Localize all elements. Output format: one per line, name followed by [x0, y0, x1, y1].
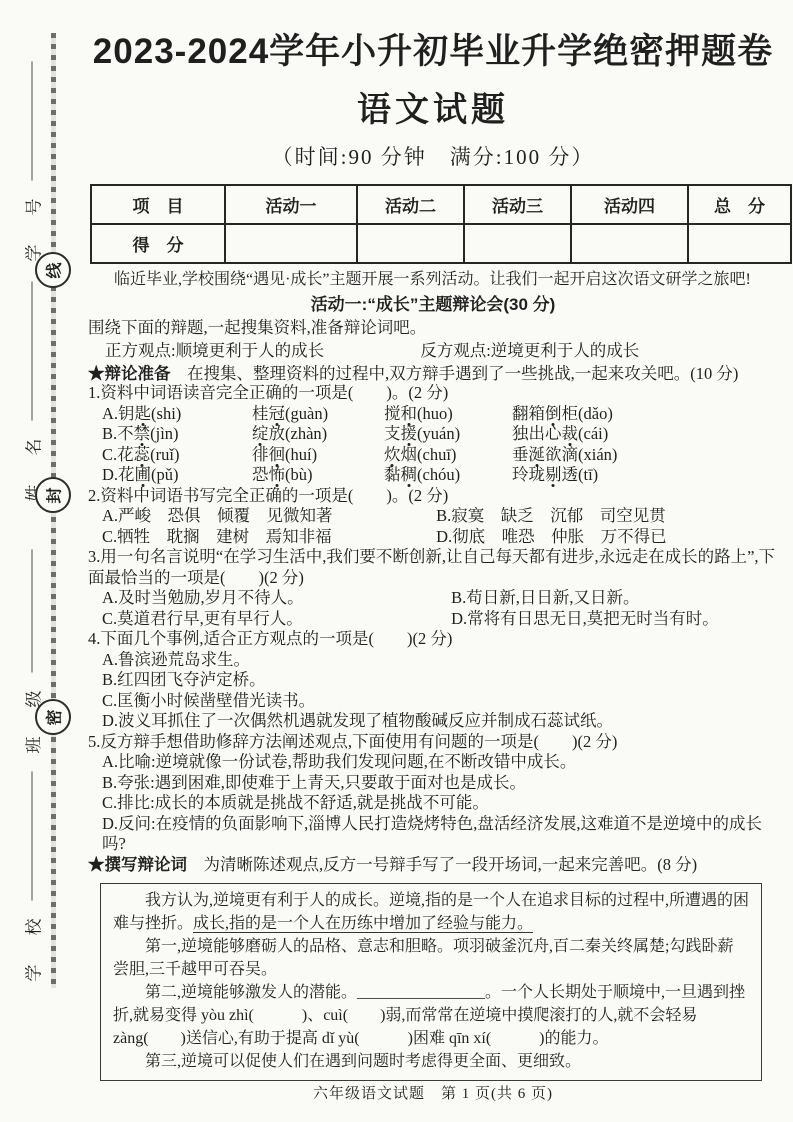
q4-option-d: D.波义耳抓住了一次偶然机遇就发现了植物酸碱反应并制成石蕊试纸。	[88, 711, 778, 732]
seal-stamp-text: 线	[41, 262, 64, 278]
q2-option-b: B.寂寞 缺乏 沉郁 司空见贯	[436, 506, 666, 525]
score-header-activity1: 活动一	[225, 185, 357, 224]
con-viewpoint: 反方观点:逆境更利于人的成长	[420, 341, 639, 360]
q1-option-b1: B.不禁(jìn)	[102, 424, 252, 445]
q2-option-c: C.牺牲 耽搁 建树 焉知非福	[102, 527, 432, 548]
q1-option-c3: 炊烟(chuī)	[384, 445, 512, 466]
q1-option-b4: 独出心裁(cái)	[512, 424, 608, 445]
q1-option-a3: 搅和(huo)	[384, 404, 512, 425]
q1-option-row: C.花蕊(ruǐ) 徘徊(huí) 炊烟(chuī) 垂涎欲滴(xián)	[88, 445, 778, 466]
page-subtitle: 语文试题	[88, 82, 778, 131]
seal-stamp-xian: 线	[35, 252, 71, 288]
q1-option-d1: D.花圃(pǔ)	[102, 465, 252, 486]
q4-option-b: B.红四团飞夺泸定桥。	[88, 670, 778, 691]
q2-option-d: D.彻底 唯恐 仲胀 万不得已	[436, 527, 667, 546]
activity1-header: 活动一:“成长”主题辩论会(30 分)	[88, 290, 778, 315]
q2-option-row: C.牺牲 耽搁 建树 焉知非福 D.彻底 唯恐 仲胀 万不得已	[88, 527, 778, 548]
score-header-total: 总 分	[688, 185, 791, 224]
q1-option-a2: 桂冠(guàn)	[252, 404, 384, 425]
score-header-row: 项 目 活动一 活动二 活动三 活动四 总 分	[91, 185, 791, 224]
score-header-activity3: 活动三	[464, 185, 571, 224]
q5-option-b: B.夸张:遇到困难,即使难于上青天,只要敢于面对也是成长。	[88, 773, 778, 794]
q5-option-a: A.比喻:逆境就像一份试卷,帮助我们发现问题,在不断改错中成长。	[88, 752, 778, 773]
q3-option-row: A.及时当勉励,岁月不待人。 B.苟日新,日日新,又日新。	[88, 588, 778, 609]
seal-field-student-number: 学 号	[20, 62, 45, 262]
score-cell	[688, 224, 791, 263]
essay-paragraph-4: 第三,逆境可以促使人们在遇到问题时考虑得更全面、更细致。	[113, 1050, 749, 1073]
q2-stem: 2.资料中词语书写完全正确的一项是( )。(2 分)	[88, 486, 778, 507]
q1-option-c2: 徘徊(huí)	[252, 445, 384, 466]
q2-option-row: A.严峻 恐俱 倾覆 见微知著 B.寂寞 缺乏 沉郁 司空见贯	[88, 506, 778, 527]
q1-stem: 1.资料中词语读音完全正确的一项是( )。(2 分)	[88, 383, 778, 404]
intro-text: 临近毕业,学校围绕“遇见·成长”主题开展一系列活动。让我们一起开启这次语文研学之…	[88, 266, 778, 289]
q3-option-row: C.莫道君行早,更有早行人。 D.常将有日思无日,莫把无时当有时。	[88, 609, 778, 630]
q1-option-row: D.花圃(pǔ) 恐怖(bù) 黏稠(chóu) 玲珑剔透(tī)	[88, 465, 778, 486]
seal-field-name: 姓 名	[20, 282, 45, 502]
essay-task-line: ★撰写辩论词 为清晰陈述观点,反方一号辩手写了一段开场词,一起来完善吧。(8 分…	[88, 855, 778, 876]
seal-field-school: 学 校	[20, 772, 45, 982]
essay-paragraph-2: 第一,逆境能够磨砺人的品格、意志和胆略。项羽破釜沉舟,百二秦关终属楚;勾践卧薪尝…	[113, 935, 749, 981]
essay-task-label: ★撰写辩论词	[88, 856, 187, 874]
fill-in-line	[32, 550, 33, 673]
fill-in-line	[32, 772, 33, 901]
seal-field-label: 学 号	[20, 193, 45, 262]
q3-option-d: D.常将有日思无日,莫把无时当有时。	[451, 609, 719, 628]
score-table: 项 目 活动一 活动二 活动三 活动四 总 分 得 分	[90, 184, 792, 264]
q1-option-b2: 绽放(zhàn)	[252, 424, 384, 445]
page-footer: 六年级语文试题 第 1 页(共 6 页)	[88, 1082, 778, 1103]
q1-option-b3: 支援(yuán)	[384, 424, 512, 445]
q4-stem: 4.下面几个事例,适合正方观点的一项是( )(2 分)	[88, 629, 778, 650]
q1-option-row: A.钥匙(shi) 桂冠(guàn) 搅和(huo) 翻箱倒柜(dǎo)	[88, 404, 778, 425]
score-cell	[571, 224, 688, 263]
q4-option-a: A.鲁滨逊荒岛求生。	[88, 650, 778, 671]
question-section: 1.资料中词语读音完全正确的一项是( )。(2 分) A.钥匙(shi) 桂冠(…	[88, 383, 778, 1081]
q5-option-d: D.反问:在疫情的负面影响下,淄博人民打造烧烤特色,盘活经济发展,这难道不是逆境…	[88, 814, 778, 855]
q1-option-a1: A.钥匙(shi)	[102, 404, 252, 425]
score-cell	[464, 224, 571, 263]
q3-option-c: C.莫道君行早,更有早行人。	[102, 609, 447, 630]
seal-stamp-feng: 封	[35, 477, 71, 513]
score-header-activity4: 活动四	[571, 185, 688, 224]
seal-field-label: 学 校	[20, 913, 45, 982]
score-cell	[225, 224, 357, 263]
fill-in-line	[32, 62, 33, 181]
debate-prep-label: ★辩论准备	[88, 365, 171, 383]
essay-p1-underlined: 成长,指的是一个人在历练中增加了经验与能力。	[193, 915, 533, 933]
debate-viewpoints: 正方观点:顺境更利于人的成长 反方观点:逆境更利于人的成长	[88, 337, 778, 361]
debate-prep-text: 在搜集、整理资料的过程中,双方辩手遇到了一些挑战,一起来攻关吧。(10 分)	[171, 364, 739, 383]
pro-viewpoint: 正方观点:顺境更利于人的成长	[105, 341, 324, 360]
activity1-lead: 围绕下面的辩题,一起搜集资料,准备辩论词吧。	[88, 314, 778, 338]
q3-stem: 3.用一句名言说明“在学习生活中,我们要不断创新,让自己每天都有进步,永远走在成…	[88, 547, 778, 588]
fill-in-line	[32, 282, 33, 421]
q2-option-a: A.严峻 恐俱 倾覆 见微知著	[102, 506, 432, 527]
q1-option-d3: 黏稠(chóu)	[384, 465, 512, 486]
essay-task-text: 为清晰陈述观点,反方一号辩手写了一段开场词,一起来完善吧。(8 分)	[187, 855, 697, 874]
seal-stamp-text: 密	[41, 709, 64, 725]
essay-paragraph-1: 我方认为,逆境更有利于人的成长。逆境,指的是一个人在追求目标的过程中,所遭遇的困…	[113, 889, 749, 935]
q5-stem: 5.反方辩手想借助修辞方法阐述观点,下面使用有问题的一项是( )(2 分)	[88, 732, 778, 753]
q1-option-d4: 玲珑剔透(tī)	[512, 465, 598, 486]
score-row-label: 得 分	[91, 224, 225, 263]
essay-p3-lead: 第二,逆境能够激发人的潜能。	[145, 984, 357, 1001]
q4-option-c: C.匡衡小时候凿壁借光读书。	[88, 691, 778, 712]
seal-stamp-mi: 密	[35, 699, 71, 735]
q1-option-a4: 翻箱倒柜(dǎo)	[512, 404, 613, 425]
seal-stamp-text: 封	[41, 487, 64, 503]
essay-paragraph-3: 第二,逆境能够激发人的潜能。________________。一个人长期处于顺境…	[113, 981, 749, 1050]
exam-info: （时间:90 分钟 满分:100 分）	[88, 141, 778, 171]
q1-option-row: B.不禁(jìn) 绽放(zhàn) 支援(yuán) 独出心裁(cái)	[88, 424, 778, 445]
q3-option-b: B.苟日新,日日新,又日新。	[451, 588, 639, 607]
essay-box: 我方认为,逆境更有利于人的成长。逆境,指的是一个人在追求目标的过程中,所遭遇的困…	[100, 883, 762, 1081]
page-title: 2023-2024学年小升初毕业升学绝密押题卷	[88, 24, 778, 74]
score-value-row: 得 分	[91, 224, 791, 263]
score-header-activity2: 活动二	[357, 185, 464, 224]
debate-prep-line: ★辩论准备 在搜集、整理资料的过程中,双方辩手遇到了一些挑战,一起来攻关吧。(1…	[88, 360, 778, 384]
q1-option-c1: C.花蕊(ruǐ)	[102, 445, 252, 466]
score-cell	[357, 224, 464, 263]
q3-option-a: A.及时当勉励,岁月不待人。	[102, 588, 447, 609]
q1-option-c4: 垂涎欲滴(xián)	[512, 445, 617, 466]
essay-p3-blank-line: ________________	[357, 984, 485, 1001]
score-header-item: 项 目	[91, 185, 225, 224]
q5-option-c: C.排比:成长的本质就是挑战不舒适,就是挑战不可能。	[88, 793, 778, 814]
q1-option-d2: 恐怖(bù)	[252, 465, 384, 486]
